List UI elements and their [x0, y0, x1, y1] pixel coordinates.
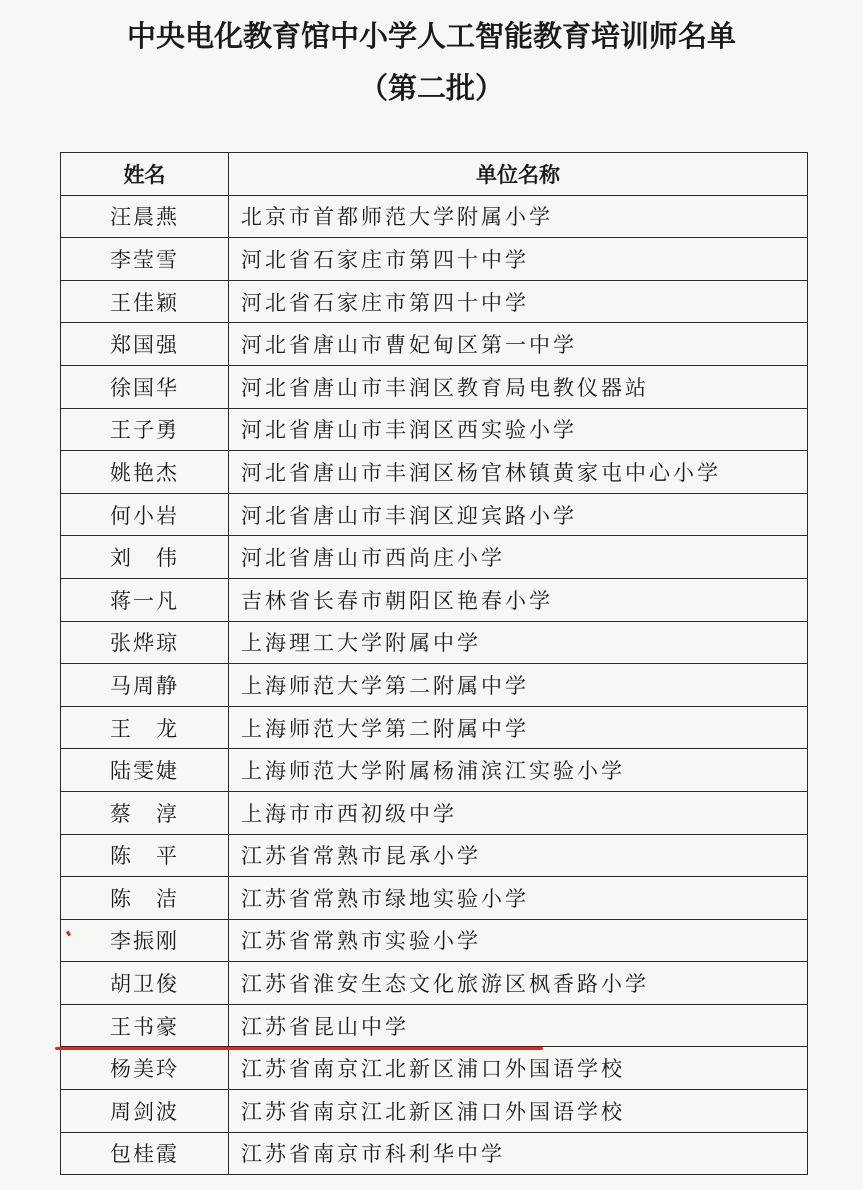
cell-organization: 河北省唐山市丰润区西实验小学 — [229, 408, 808, 451]
table-row: 徐国华河北省唐山市丰润区教育局电教仪器站 — [61, 365, 808, 408]
cell-name: 周剑波 — [61, 1090, 229, 1133]
cell-organization: 江苏省常熟市实验小学 — [229, 919, 808, 962]
header-organization: 单位名称 — [229, 153, 808, 196]
cell-organization: 河北省唐山市曹妃甸区第一中学 — [229, 323, 808, 366]
cell-name: 蒋一凡 — [61, 578, 229, 621]
cell-name: 陆雯婕 — [61, 749, 229, 792]
cell-organization: 上海理工大学附属中学 — [229, 621, 808, 664]
cell-name: 刘 伟 — [61, 536, 229, 579]
trainer-list-table: 姓名 单位名称 汪晨燕北京市首都师范大学附属小学李莹雪河北省石家庄市第四十中学王… — [60, 152, 808, 1175]
table-row: 周剑波江苏省南京江北新区浦口外国语学校 — [61, 1090, 808, 1133]
cell-organization: 吉林省长春市朝阳区艳春小学 — [229, 578, 808, 621]
table-row: 李莹雪河北省石家庄市第四十中学 — [61, 238, 808, 281]
table-row: 王佳颖河北省石家庄市第四十中学 — [61, 280, 808, 323]
cell-name: 张烨琼 — [61, 621, 229, 664]
cell-name: 王 龙 — [61, 706, 229, 749]
cell-organization: 江苏省南京江北新区浦口外国语学校 — [229, 1090, 808, 1133]
cell-organization: 江苏省常熟市绿地实验小学 — [229, 877, 808, 920]
cell-organization: 江苏省南京市科利华中学 — [229, 1132, 808, 1175]
cell-name: 何小岩 — [61, 493, 229, 536]
table-header-row: 姓名 单位名称 — [61, 153, 808, 196]
table-row: 何小岩河北省唐山市丰润区迎宾路小学 — [61, 493, 808, 536]
cell-organization: 江苏省淮安生态文化旅游区枫香路小学 — [229, 962, 808, 1005]
cell-organization: 上海师范大学第二附属中学 — [229, 664, 808, 707]
cell-organization: 河北省唐山市丰润区迎宾路小学 — [229, 493, 808, 536]
document-title: 中央电化教育馆中小学人工智能教育培训师名单 — [0, 14, 863, 55]
cell-organization: 上海市市西初级中学 — [229, 791, 808, 834]
cell-organization: 河北省唐山市西尚庄小学 — [229, 536, 808, 579]
header-name: 姓名 — [61, 153, 229, 196]
cell-organization: 江苏省南京江北新区浦口外国语学校 — [229, 1047, 808, 1090]
table-row: 郑国强河北省唐山市曹妃甸区第一中学 — [61, 323, 808, 366]
cell-name: 李莹雪 — [61, 238, 229, 281]
table-row: 姚艳杰河北省唐山市丰润区杨官林镇黄家屯中心小学 — [61, 451, 808, 494]
cell-name: 蔡 淳 — [61, 791, 229, 834]
table-row: 王书豪江苏省昆山中学 — [61, 1004, 808, 1047]
cell-name: 李振刚 — [61, 919, 229, 962]
table-row: 王子勇河北省唐山市丰润区西实验小学 — [61, 408, 808, 451]
table-row: 胡卫俊江苏省淮安生态文化旅游区枫香路小学 — [61, 962, 808, 1005]
document-subtitle: （第二批） — [0, 66, 863, 107]
table-row: 蒋一凡吉林省长春市朝阳区艳春小学 — [61, 578, 808, 621]
red-underline-annotation — [55, 1047, 543, 1050]
cell-organization: 河北省唐山市丰润区教育局电教仪器站 — [229, 365, 808, 408]
cell-name: 郑国强 — [61, 323, 229, 366]
table-row: 刘 伟河北省唐山市西尚庄小学 — [61, 536, 808, 579]
table-row: 包桂霞江苏省南京市科利华中学 — [61, 1132, 808, 1175]
cell-name: 王子勇 — [61, 408, 229, 451]
cell-name: 徐国华 — [61, 365, 229, 408]
cell-name: 包桂霞 — [61, 1132, 229, 1175]
table-row: 张烨琼上海理工大学附属中学 — [61, 621, 808, 664]
cell-organization: 北京市首都师范大学附属小学 — [229, 195, 808, 238]
cell-organization: 河北省石家庄市第四十中学 — [229, 238, 808, 281]
table-row: 陈 平江苏省常熟市昆承小学 — [61, 834, 808, 877]
cell-organization: 江苏省昆山中学 — [229, 1004, 808, 1047]
cell-organization: 河北省唐山市丰润区杨官林镇黄家屯中心小学 — [229, 451, 808, 494]
cell-name: 陈 洁 — [61, 877, 229, 920]
table-row: 蔡 淳上海市市西初级中学 — [61, 791, 808, 834]
cell-name: 汪晨燕 — [61, 195, 229, 238]
cell-organization: 上海师范大学附属杨浦滨江实验小学 — [229, 749, 808, 792]
cell-name: 杨美玲 — [61, 1047, 229, 1090]
cell-organization: 上海师范大学第二附属中学 — [229, 706, 808, 749]
table-row: 陈 洁江苏省常熟市绿地实验小学 — [61, 877, 808, 920]
cell-name: 陈 平 — [61, 834, 229, 877]
table-row: 王 龙上海师范大学第二附属中学 — [61, 706, 808, 749]
cell-name: 王佳颖 — [61, 280, 229, 323]
cell-name: 胡卫俊 — [61, 962, 229, 1005]
cell-name: 马周静 — [61, 664, 229, 707]
table-row: 杨美玲江苏省南京江北新区浦口外国语学校 — [61, 1047, 808, 1090]
cell-organization: 江苏省常熟市昆承小学 — [229, 834, 808, 877]
cell-organization: 河北省石家庄市第四十中学 — [229, 280, 808, 323]
table-row: 汪晨燕北京市首都师范大学附属小学 — [61, 195, 808, 238]
cell-name: 王书豪 — [61, 1004, 229, 1047]
cell-name: 姚艳杰 — [61, 451, 229, 494]
table-row: 陆雯婕上海师范大学附属杨浦滨江实验小学 — [61, 749, 808, 792]
table-row: 李振刚江苏省常熟市实验小学 — [61, 919, 808, 962]
table-row: 马周静上海师范大学第二附属中学 — [61, 664, 808, 707]
